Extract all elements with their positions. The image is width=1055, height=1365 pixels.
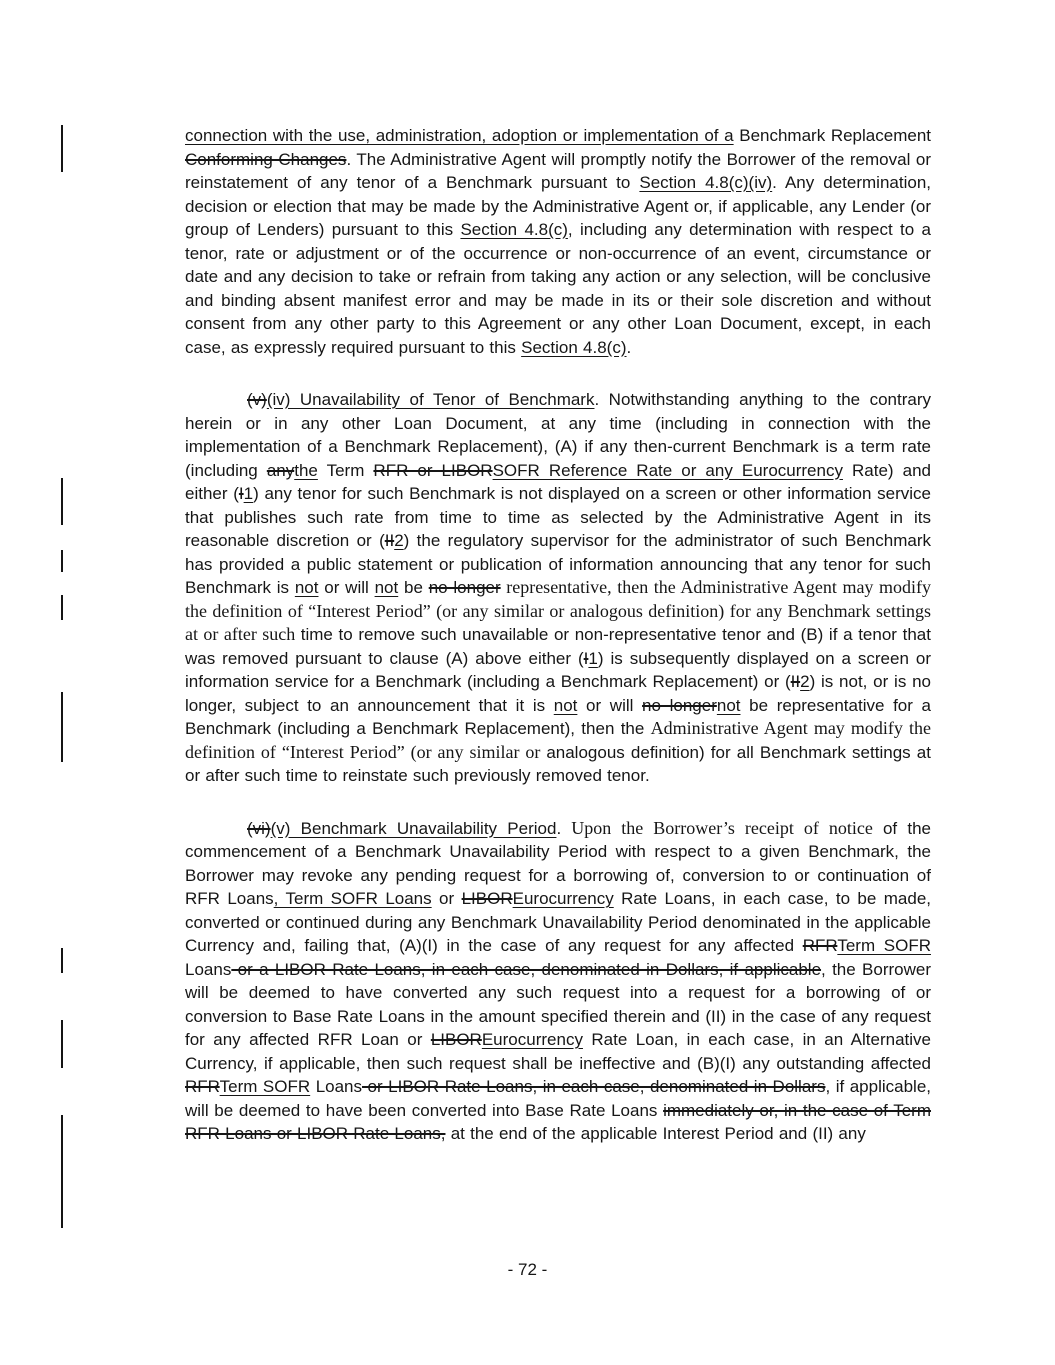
page-number: - 72 -	[0, 1258, 1055, 1282]
change-bar	[61, 692, 63, 762]
document-body: connection with the use, administration,…	[185, 124, 931, 1175]
deleted-text-run: RFR	[185, 1077, 220, 1096]
text-run: .	[627, 338, 632, 357]
inserted-text-run: connection with the use, administration,…	[185, 126, 734, 145]
change-bar	[61, 125, 63, 172]
text-run: be	[398, 578, 428, 597]
text-run: or	[432, 889, 462, 908]
inserted-text-run: Section 4.8(c)	[460, 220, 567, 239]
inserted-text-run: Section 4.8(c)	[521, 338, 626, 357]
inserted-text-run: SOFR Reference Rate or any Eurocurrency	[493, 461, 843, 480]
text-run: or will	[577, 696, 642, 715]
inserted-text-run: not	[554, 696, 578, 715]
deleted-text-run: (v)	[247, 390, 267, 409]
change-bar	[61, 595, 63, 620]
text-run: , including any determination with respe…	[185, 220, 931, 357]
deleted-text-run: (vi)	[247, 819, 271, 838]
deleted-text-run: II	[791, 672, 800, 691]
paragraph: connection with the use, administration,…	[185, 124, 931, 359]
text-run: Upon the Borrower’s receipt of notice	[561, 818, 883, 838]
change-bar	[61, 1115, 63, 1228]
deleted-text-run: RFR or LIBOR	[373, 461, 492, 480]
change-bar	[61, 1020, 63, 1068]
inserted-text-run: 2	[394, 531, 403, 550]
paragraph: (vi)(v) Benchmark Unavailability Period.…	[185, 817, 931, 1146]
text-run: Loans	[185, 960, 231, 979]
inserted-text-run: not	[717, 696, 741, 715]
text-run: or will	[318, 578, 374, 597]
inserted-text-run: Eurocurrency	[513, 889, 614, 908]
deleted-text-run: LIBOR	[431, 1030, 482, 1049]
deleted-text-run: LIBOR	[462, 889, 513, 908]
document-page: connection with the use, administration,…	[0, 0, 1055, 1365]
inserted-text-run: (v) Benchmark Unavailability Period	[271, 819, 557, 838]
inserted-text-run: 1	[588, 649, 597, 668]
deleted-text-run: or LIBOR Rate Loans, in each case, denom…	[362, 1077, 825, 1096]
inserted-text-run: , Term SOFR Loans	[274, 889, 432, 908]
text-run: Term	[318, 461, 374, 480]
inserted-text-run: the	[294, 461, 318, 480]
deleted-text-run: no longer	[642, 696, 717, 715]
deleted-text-run: II	[385, 531, 394, 550]
inserted-text-run: (iv) Unavailability of Tenor of Benchmar…	[267, 390, 595, 409]
deleted-text-run: Conforming Changes	[185, 150, 346, 169]
text-run: Loans	[310, 1077, 362, 1096]
change-bar	[61, 948, 63, 973]
inserted-text-run: Eurocurrency	[482, 1030, 583, 1049]
inserted-text-run: Term SOFR	[220, 1077, 311, 1096]
deleted-text-run: RFR	[803, 936, 838, 955]
deleted-text-run: any	[267, 461, 294, 480]
inserted-text-run: Section 4.8(c)(iv)	[639, 173, 772, 192]
text-run: at the end of the applicable Interest Pe…	[445, 1124, 865, 1143]
text-run: Benchmark Replacement	[734, 126, 931, 145]
deleted-text-run: or a LIBOR Rate Loans, in each case, den…	[231, 960, 821, 979]
inserted-text-run: not	[295, 578, 319, 597]
paragraph: (v)(iv) Unavailability of Tenor of Bench…	[185, 388, 931, 788]
change-bar	[61, 550, 63, 572]
inserted-text-run: not	[375, 578, 399, 597]
deleted-text-run: no longer	[429, 578, 501, 597]
inserted-text-run: 1	[244, 484, 253, 503]
change-bar	[61, 478, 63, 525]
inserted-text-run: 2	[800, 672, 809, 691]
inserted-text-run: Term SOFR	[837, 936, 931, 955]
